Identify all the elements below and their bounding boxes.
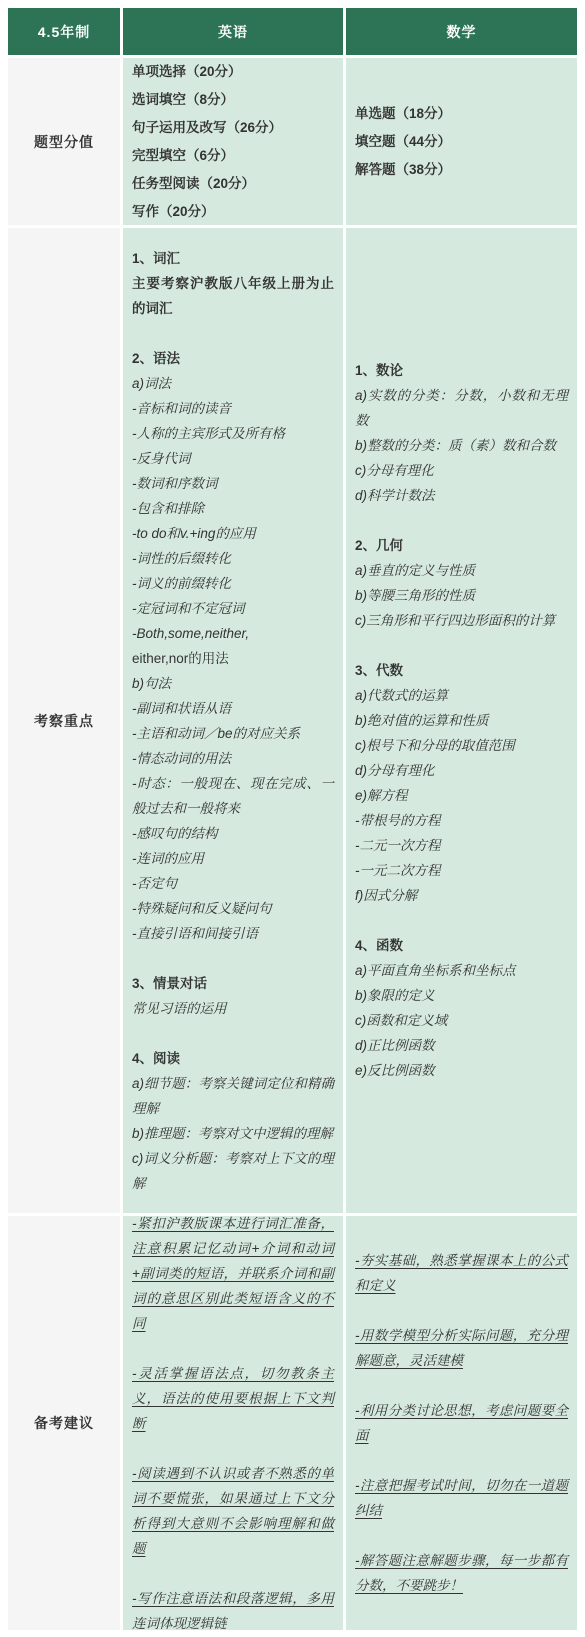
text-line: b)象限的定义 — [355, 983, 568, 1008]
text-line: -包含和排除 — [132, 496, 334, 521]
text-line: -人称的主宾形式及所有格 — [132, 421, 334, 446]
text-line: 3、情景对话 — [132, 971, 334, 996]
paragraph-gap — [355, 1298, 568, 1323]
text-line: -词性的后缀转化 — [132, 546, 334, 571]
text-line: 完型填空（6分） — [132, 142, 334, 170]
text-line: d)科学计数法 — [355, 483, 568, 508]
text-line: 主要考察沪教版八年级上册为止的词汇 — [132, 271, 334, 321]
text-line: 解答题（38分） — [355, 156, 568, 184]
text-line: -词义的前缀转化 — [132, 571, 334, 596]
paragraph-gap — [355, 633, 568, 658]
text-line: -数词和序数词 — [132, 471, 334, 496]
text-line: 选词填空（8分） — [132, 86, 334, 114]
text-line: 2、几何 — [355, 533, 568, 558]
text-line: c)词义分析题：考察对上下文的理解 — [132, 1146, 334, 1196]
paragraph-gap — [355, 508, 568, 533]
text-line: e)反比例函数 — [355, 1058, 568, 1083]
paragraph-gap — [132, 1336, 334, 1361]
text-line: -特殊疑问和反义疑问句 — [132, 896, 334, 921]
text-line: a)细节题：考察关键词定位和精确理解 — [132, 1071, 334, 1121]
cell-exam-focus-english: 1、词汇主要考察沪教版八年级上册为止的词汇2、语法a)词法-音标和词的读音-人称… — [123, 228, 343, 1213]
text-line: -灵活掌握语法点，切勿教条主义，语法的使用要根据上下文判断 — [132, 1361, 334, 1436]
text-line: a)词法 — [132, 371, 334, 396]
text-line: e)解方程 — [355, 783, 568, 808]
paragraph-gap — [132, 321, 334, 346]
text-line: 句子运用及改写（26分） — [132, 114, 334, 142]
text-line: -情态动词的用法 — [132, 746, 334, 771]
text-line: -夯实基础，熟悉掌握课本上的公式和定义 — [355, 1248, 568, 1298]
text-line: 1、数论 — [355, 358, 568, 383]
header-cell-program: 4.5年制 — [8, 8, 120, 55]
text-line: 写作（20分） — [132, 198, 334, 226]
paragraph-gap — [355, 908, 568, 933]
text-line: b)推理题：考察对文中逻辑的理解 — [132, 1121, 334, 1146]
text-line: -用数学模型分析实际问题，充分理解题意，灵活建模 — [355, 1323, 568, 1373]
text-line: -感叹句的结构 — [132, 821, 334, 846]
paragraph-gap — [132, 1021, 334, 1046]
text-line: -注意把握考试时间，切勿在一道题纠结 — [355, 1473, 568, 1523]
cell-exam-focus-math: 1、数论a)实数的分类：分数，小数和无理数b)整数的分类：质（素）数和合数c)分… — [346, 228, 577, 1213]
text-line: f)因式分解 — [355, 883, 568, 908]
text-line: d)正比例函数 — [355, 1033, 568, 1058]
text-line: -副词和状语从语 — [132, 696, 334, 721]
text-line: -二元一次方程 — [355, 833, 568, 858]
cell-question-types-english: 单项选择（20分）选词填空（8分）句子运用及改写（26分）完型填空（6分）任务型… — [123, 58, 343, 225]
text-line: 2、语法 — [132, 346, 334, 371]
text-line: a)实数的分类：分数，小数和无理数 — [355, 383, 568, 433]
text-line: 常见习语的运用 — [132, 996, 334, 1021]
text-line: 3、代数 — [355, 658, 568, 683]
text-line: -解答题注意解题步骤，每一步都有分数，不要跳步！ — [355, 1548, 568, 1598]
text-line: b)绝对值的运算和性质 — [355, 708, 568, 733]
row-label-exam-focus: 考察重点 — [8, 228, 120, 1213]
text-line: -带根号的方程 — [355, 808, 568, 833]
text-line: -阅读遇到不认识或者不熟悉的单词不要慌张，如果通过上下文分析得到大意则不会影响理… — [132, 1461, 334, 1561]
paragraph-gap — [355, 1373, 568, 1398]
exam-overview-table: 4.5年制 英语 数学 题型分值 单项选择（20分）选词填空（8分）句子运用及改… — [0, 0, 585, 1637]
text-line: -音标和词的读音 — [132, 396, 334, 421]
text-line: -时态：一般现在、现在完成、一般过去和一般将来 — [132, 771, 334, 821]
text-line: a)垂直的定义与性质 — [355, 558, 568, 583]
text-line: c)根号下和分母的取值范围 — [355, 733, 568, 758]
text-line: a)代数式的运算 — [355, 683, 568, 708]
text-line: b)等腰三角形的性质 — [355, 583, 568, 608]
row-label-question-types: 题型分值 — [8, 58, 120, 225]
text-line: 任务型阅读（20分） — [132, 170, 334, 198]
text-line: -反身代词 — [132, 446, 334, 471]
header-cell-english: 英语 — [123, 8, 343, 55]
text-line: 单项选择（20分） — [132, 58, 334, 86]
text-line: -写作注意语法和段落逻辑，多用连词体现逻辑链 — [132, 1586, 334, 1631]
text-line: 1、词汇 — [132, 246, 334, 271]
text-line: 4、阅读 — [132, 1046, 334, 1071]
text-line: d)分母有理化 — [355, 758, 568, 783]
text-line: -连词的应用 — [132, 846, 334, 871]
text-line: either,nor的用法 — [132, 646, 334, 671]
text-line: c)函数和定义域 — [355, 1008, 568, 1033]
text-line: -直接引语和间接引语 — [132, 921, 334, 946]
text-line: -to do和v.+ing的应用 — [132, 521, 334, 546]
text-line: -主语和动词／be的对应关系 — [132, 721, 334, 746]
text-line: a)平面直角坐标系和坐标点 — [355, 958, 568, 983]
row-label-prep-advice: 备考建议 — [8, 1216, 120, 1630]
cell-prep-advice-math: -夯实基础，熟悉掌握课本上的公式和定义-用数学模型分析实际问题，充分理解题意，灵… — [346, 1216, 577, 1630]
text-line: -定冠词和不定冠词 — [132, 596, 334, 621]
paragraph-gap — [132, 1436, 334, 1461]
text-line: b)整数的分类：质（素）数和合数 — [355, 433, 568, 458]
text-line: -紧扣沪教版课本进行词汇准备，注意积累记忆动词+介词和动词+副词类的短语，并联系… — [132, 1216, 334, 1336]
paragraph-gap — [132, 946, 334, 971]
text-line: b)句法 — [132, 671, 334, 696]
paragraph-gap — [132, 1561, 334, 1586]
text-line: 单选题（18分） — [355, 100, 568, 128]
text-line: c)分母有理化 — [355, 458, 568, 483]
text-line: -否定句 — [132, 871, 334, 896]
text-line: -Both,some,neither, — [132, 621, 334, 646]
header-cell-math: 数学 — [346, 8, 577, 55]
text-line: -一元二次方程 — [355, 858, 568, 883]
table-grid: 4.5年制 英语 数学 题型分值 单项选择（20分）选词填空（8分）句子运用及改… — [8, 8, 577, 1630]
text-line: c)三角形和平行四边形面积的计算 — [355, 608, 568, 633]
text-line: 4、函数 — [355, 933, 568, 958]
paragraph-gap — [355, 1523, 568, 1548]
text-line: 填空题（44分） — [355, 128, 568, 156]
cell-question-types-math: 单选题（18分）填空题（44分）解答题（38分） — [346, 58, 577, 225]
text-line: -利用分类讨论思想，考虑问题要全面 — [355, 1398, 568, 1448]
paragraph-gap — [355, 1448, 568, 1473]
cell-prep-advice-english: -紧扣沪教版课本进行词汇准备，注意积累记忆动词+介词和动词+副词类的短语，并联系… — [123, 1216, 343, 1630]
